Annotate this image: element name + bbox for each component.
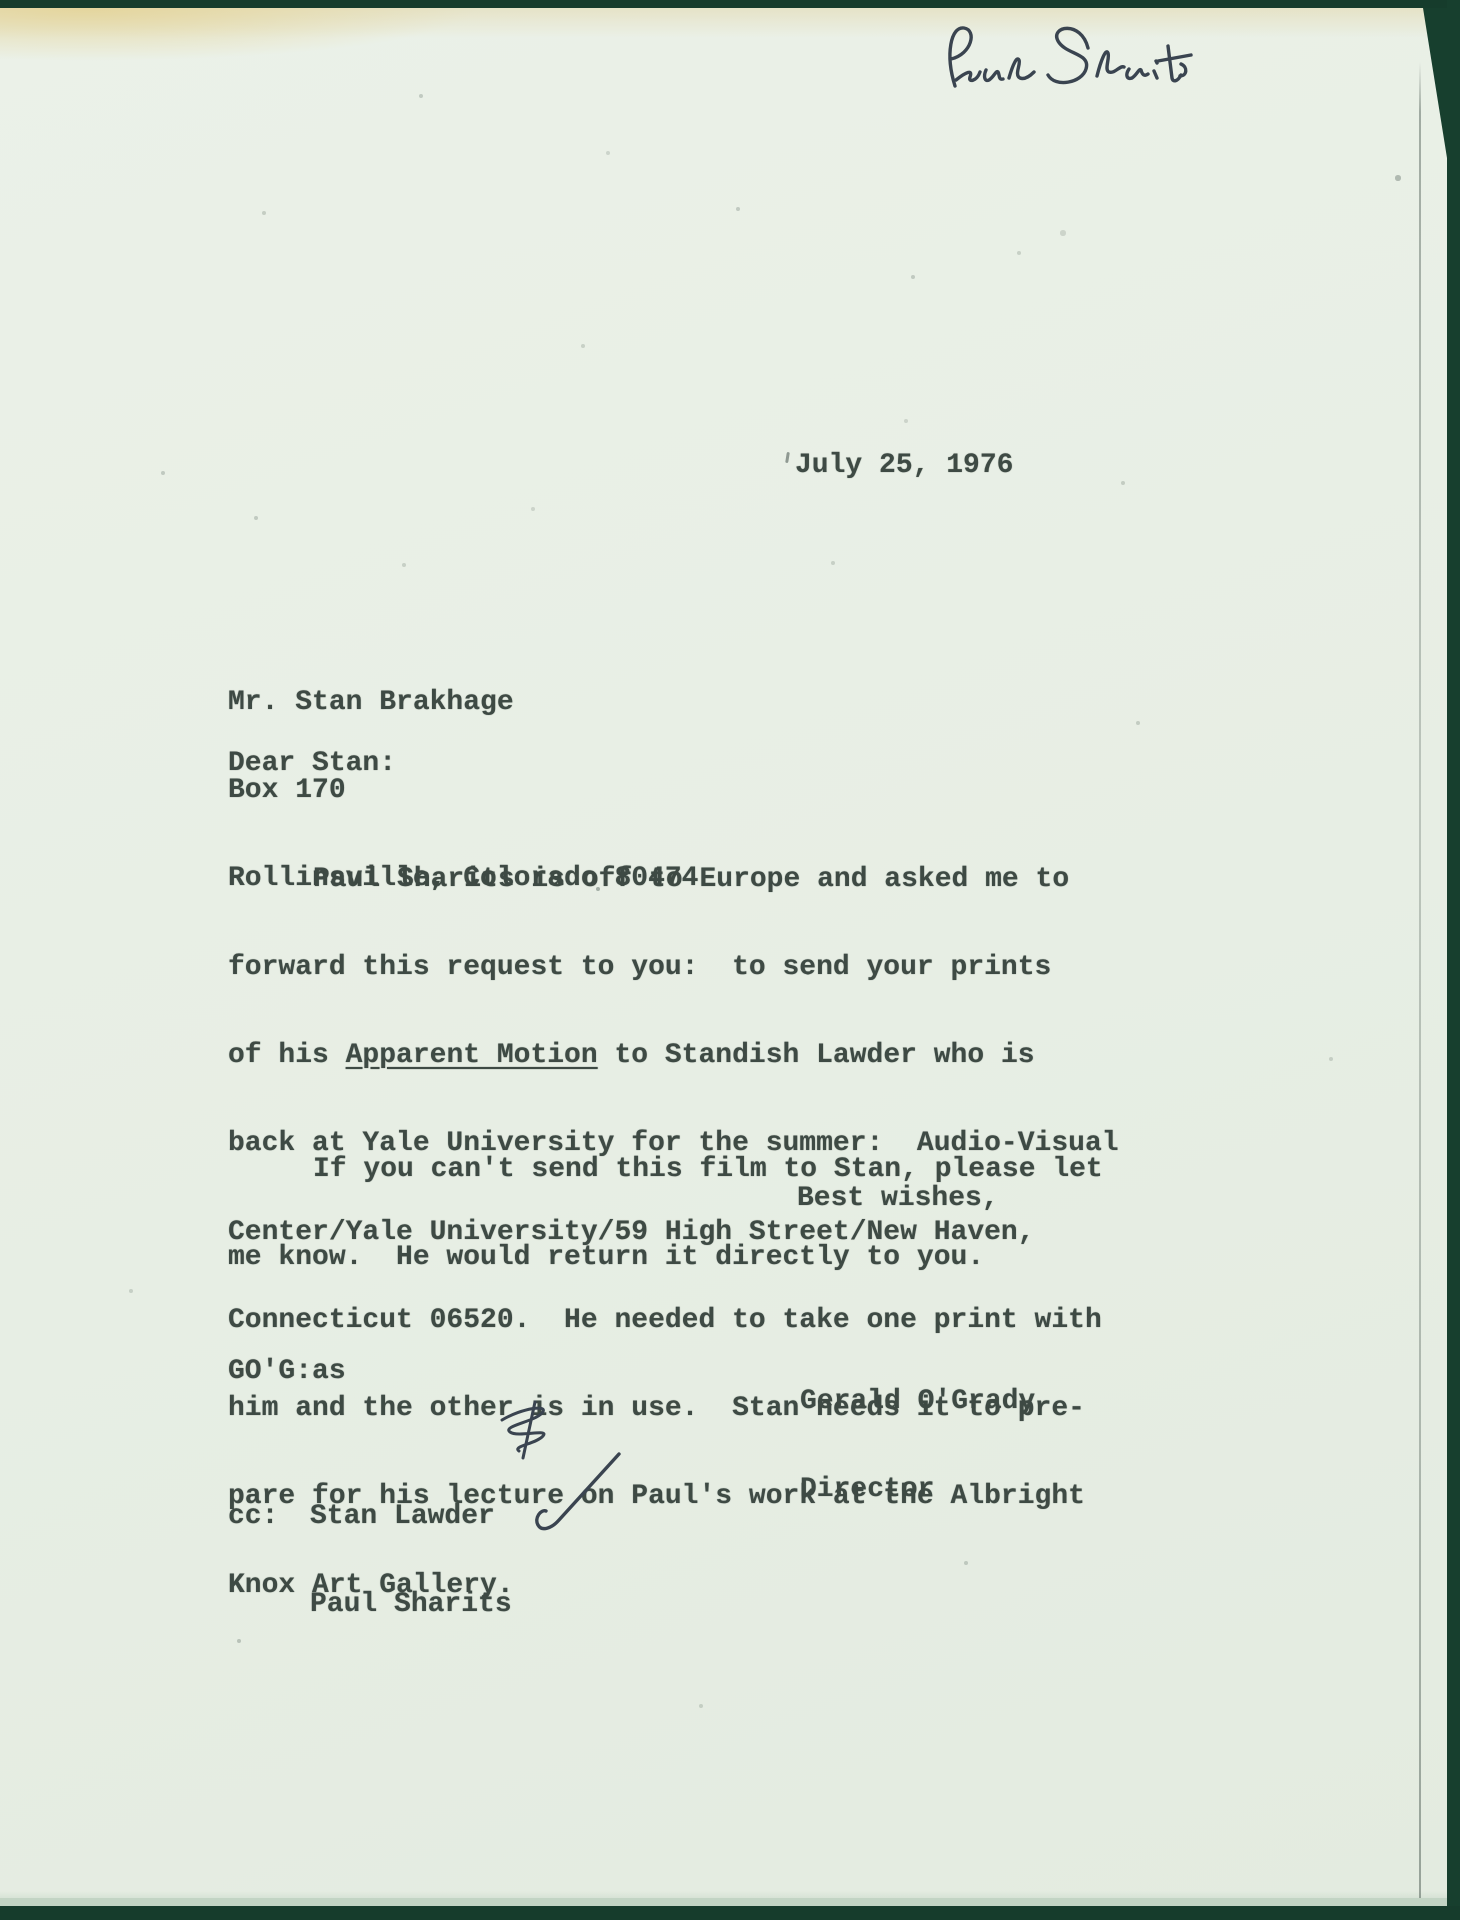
page-fold-line	[1419, 62, 1421, 1898]
cc-row: cc: Stan Lawder	[228, 1502, 512, 1531]
recipient-name: Mr. Stan Brakhage	[228, 688, 698, 717]
cc-indent	[228, 1590, 310, 1619]
scan-border-top	[0, 0, 1460, 8]
cc-label: cc:	[228, 1502, 310, 1531]
pen-checkmark	[515, 1448, 630, 1543]
handwritten-name-annotation	[925, 12, 1195, 107]
body-text: to Standish Lawder who is	[598, 1040, 1035, 1071]
salutation: Dear Stan:	[228, 749, 396, 778]
cc-row: Paul Sharits	[228, 1590, 512, 1619]
cc-recipient: Stan Lawder	[310, 1502, 495, 1531]
scan-border-right	[1447, 0, 1460, 1920]
body-line: me know. He would return it directly to …	[228, 1243, 1103, 1272]
body-line: If you can't send this film to Stan, ple…	[228, 1155, 1103, 1184]
underlined-film-title: Apparent Motion	[346, 1040, 598, 1071]
typist-reference: GO'G:as	[228, 1357, 346, 1386]
closing: Best wishes,	[797, 1184, 999, 1213]
signer-title: Director	[800, 1475, 1035, 1504]
cc-recipient: Paul Sharits	[310, 1590, 512, 1619]
body-line: Paul Sharits is off to Europe and asked …	[228, 865, 1119, 894]
letter-date: July 25, 1976	[795, 451, 1013, 480]
signature-block: Gerald O'Grady Director	[800, 1328, 1035, 1534]
body-line: of his Apparent Motion to Standish Lawde…	[228, 1041, 1119, 1070]
body-line: forward this request to you: to send you…	[228, 953, 1119, 982]
scan-border-bottom	[0, 1906, 1460, 1920]
recipient-address-line1: Box 170	[228, 776, 698, 805]
page-bottom-edge	[0, 1898, 1447, 1906]
signer-name: Gerald O'Grady	[800, 1387, 1035, 1416]
body-text: of his	[228, 1040, 346, 1071]
scanned-letter-screenshot: { "document": { "handwritten_annotation"…	[0, 0, 1460, 1920]
paper-specks	[0, 0, 2, 2]
cc-block: cc: Stan Lawder Paul Sharits	[228, 1443, 512, 1649]
